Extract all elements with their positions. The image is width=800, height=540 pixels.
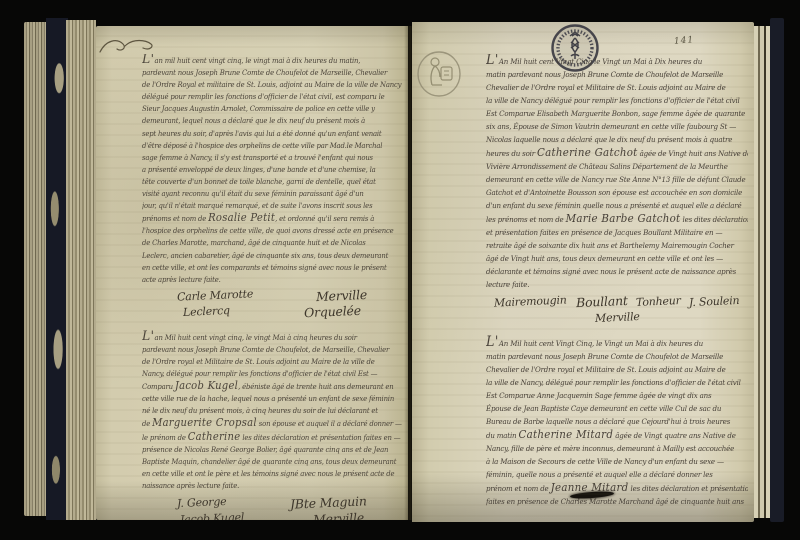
manuscript-line: de l'Ordre royal et Militaire de St. Lou… [142,356,384,368]
manuscript-line: Est Comparue Elisabeth Marguerite Bonbon… [486,107,730,120]
signature: Merville [312,509,364,520]
manuscript-line: matin pardevant nous Joseph Brune Comte … [486,350,730,363]
manuscript-line: sept heures du soir, d'après l'avis qui … [142,128,384,140]
manuscript-line: Bureau de Barbe laquelle nous a déclaré … [486,415,730,428]
manuscript-line: la ville de Nancy délégué pour remplir l… [486,94,730,107]
signature-block [486,508,748,514]
manuscript-line: du matin Catherine Mitard âgée de Vingt … [486,428,730,442]
manuscript-line: matin pardevant nous Joseph Brune Comte … [486,68,730,81]
signature: JBte Maguin [290,493,367,511]
manuscript-line: Chevalier de l'Ordre royal et Militaire … [486,363,730,376]
manuscript-line: Comparu Jacob Kugel, ébéniste âgé de tre… [142,380,384,393]
page-number: 141 [674,35,695,47]
manuscript-line: tête couverte d'un bonnet de toile blanc… [142,176,384,188]
signature: Mairemougin [494,293,567,309]
manuscript-line: cette ville rue de la hache, lequel nous… [142,393,384,405]
manuscript-line: demeurant, lequel nous a déclaré que le … [142,115,384,127]
signature: Boullant [575,292,627,309]
signature: J. Soulein [689,293,740,308]
manuscript-line: les prénoms et nom de Marie Barbe Gatcho… [486,212,730,226]
manuscript-line: Gatchot et d'Antoinette Bousson son épou… [486,186,730,199]
signature-block: J. GeorgeJBte MaguinJacob KugelMerville [142,492,402,520]
birth-act-jeanne-mitard: L'An Mil huit cent Vingt Cinq, le Vingt … [486,336,748,514]
manuscript-line: d'un enfant du sexe féminin quelle nous … [486,199,730,212]
signature-block: MairemouginBoullantTonheurJ. SouleinMerv… [486,291,748,329]
manuscript-line: en cette ville, et ont les comparants et… [142,262,384,274]
manuscript-line: de l'Ordre Royal et militaire de St. Lou… [142,79,384,91]
manuscript-line: féminin, quelle nous a présenté et auque… [486,468,730,481]
manuscript-line: à la Maison de Secours de cette Ville de… [486,455,730,468]
signature: Orquelée [304,303,361,320]
birth-act-marie-barbe-gatchot: L'An Mil huit cent Vingt Cinq le Vingt u… [486,54,748,329]
manuscript-line: demeurant en cette ville de Nancy rue St… [486,173,730,186]
signature: Carle Marotte [177,288,254,304]
manuscript-line: de Charles Marotte, marchand, âgé de cin… [142,237,384,249]
manuscript-line: Épouse de Jean Baptiste Caye demeurant e… [486,402,730,415]
manuscript-line: Vivière Arrondissement de Château Salins… [486,160,730,173]
manuscript-line: et présentation faites en présence de Ja… [486,226,730,239]
manuscript-line: Nicolas laquelle nous a déclaré que le d… [486,133,730,146]
manuscript-line: âgé de Vingt huit ans, tous deux demeura… [486,252,730,265]
right-page: 141 L'An Mil huit cent Vingt Cinq le Vin… [412,22,754,522]
manuscript-line: visité ayant reconnu qu'il était du sexe… [142,188,384,200]
page-edges-right [754,26,770,518]
manuscript-line: la ville de Nancy, délégué pour remplir … [486,376,730,389]
manuscript-lines: L'an mil huit cent vingt cinq, le vingt … [142,54,384,286]
birth-act-rosalie-petit: L'an mil huit cent vingt cinq, le vingt … [142,54,402,324]
manuscript-line: Sieur Jacques Augustin Arnolet, Commissa… [142,103,384,115]
signature: Leclercq [183,304,230,319]
manuscript-lines: L'An Mil huit cent Vingt Cinq le Vingt u… [486,54,730,291]
manuscript-line: lecture faite. [486,278,730,291]
signature-block: Carle MarotteMervilleLeclercqOrquelée [142,286,402,324]
manuscript-line: Leclerc, ancien cabaretier, âgé de cinqu… [142,250,384,262]
register-book: L'an mil huit cent vingt cinq, le vingt … [16,12,786,528]
manuscript-line: pardevant nous Joseph Brune Comte de Cho… [142,344,384,356]
signature: J. George [177,494,227,509]
right-page-text: L'An Mil huit cent Vingt Cinq le Vingt u… [486,54,748,514]
manuscript-line: d'être déposé à l'hospice des orphelins … [142,140,384,152]
manuscript-line: Nancy, fille de père et mère inconnus, d… [486,442,730,455]
manuscript-line: Est Comparue Anne Jacquemin Sage femme â… [486,389,730,402]
manuscript-lines: L'an Mil huit cent vingt cinq, le vingt … [142,331,384,492]
spine-dark-edge [46,18,68,520]
manuscript-line: L'An Mil huit cent Vingt Cinq, le Vingt … [486,336,730,350]
manuscript-line: déclarante et témoins signé avec nous le… [486,265,730,278]
manuscript-line: L'An Mil huit cent Vingt Cinq le Vingt u… [486,54,730,68]
manuscript-lines: L'An Mil huit cent Vingt Cinq, le Vingt … [486,336,730,508]
manuscript-line: en cette ville et ont le père et les tém… [142,468,384,480]
manuscript-line: L'an mil huit cent vingt cinq, le vingt … [142,54,384,67]
manuscript-line: présence de Nicolas René George Bolier, … [142,444,384,456]
signature: Merville [594,310,639,325]
manuscript-line: sage femme à Nancy, il s'y est transport… [142,152,384,164]
manuscript-line: prénoms et nom de Rosalie Petit, et ordo… [142,212,384,225]
left-page: L'an mil huit cent vingt cinq, le vingt … [96,26,408,520]
manuscript-line: heures du soir Catherine Gatchot âgée de… [486,146,730,160]
manuscript-line: acte après lecture faite. [142,274,384,286]
page-edges-left-inner [66,20,96,520]
manuscript-line: de Marguerite Cropsal son épouse et auqu… [142,417,384,430]
manuscript-line: retraite âgé de soixante dix huit ans et… [486,239,730,252]
manuscript-line: l'hospice des orphelins de cette ville, … [142,225,384,237]
manuscript-line: Baptiste Maquin, chandelier âgé de quara… [142,456,384,468]
manuscript-line: faites en présence de Charles Marotte Ma… [486,495,730,508]
manuscript-line: délégué pour remplir les fonctions d'off… [142,91,384,103]
signature: Tonheur [636,294,681,309]
manuscript-line: L'an Mil huit cent vingt cinq, le vingt … [142,331,384,344]
manuscript-line: le prénom de Catherine les dites déclara… [142,431,384,444]
manuscript-line: pardevant nous Joseph Brune Comte de Cho… [142,67,384,79]
left-page-text: L'an mil huit cent vingt cinq, le vingt … [142,54,402,520]
manuscript-line: Chevalier de l'Ordre royal et Militaire … [486,81,730,94]
manuscript-line: a présenté enveloppé de deux linges, d'u… [142,164,384,176]
signature: Jacob Kugel [180,510,245,520]
page-edges-left-outer [24,22,48,516]
revenue-stamp-icon [416,50,462,98]
manuscript-line: six ans, Épouse de Simon Vautrin demeura… [486,120,730,133]
book-cover-edge [770,18,784,522]
manuscript-line: naissance après lecture faite. [142,480,384,492]
birth-act-catherine-kugel: L'an Mil huit cent vingt cinq, le vingt … [142,331,402,520]
